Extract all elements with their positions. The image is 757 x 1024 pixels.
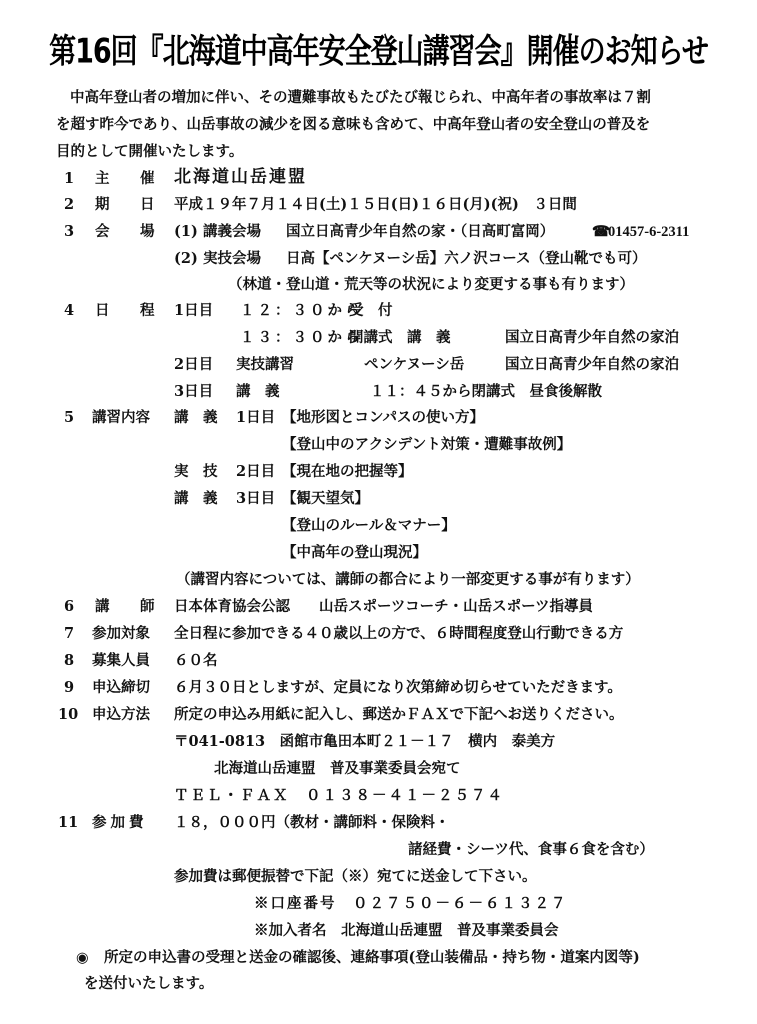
item-number: 1 [64, 170, 74, 188]
method-value: 所定の申込み用紙に記入し、郵送かＦＡＸで下記へお送りください。 [174, 706, 624, 724]
content-topic: 【地形図とコンパスの使い方】 [282, 409, 484, 427]
page-title: 第16回『北海道中高年安全登山講習会』開催のお知らせ [0, 30, 757, 75]
capacity-value: ６０名 [174, 652, 218, 670]
item-number: 8 [64, 652, 74, 670]
schedule-time: 実技講習 [236, 356, 294, 374]
lecture-venue-label: 講義会場 [203, 223, 261, 241]
intro-line-1: 中高年登山者の増加に伴い、その遭難事故もたびたび報じられ、中高年者の事故率は７割 [70, 89, 651, 107]
practical-venue-place: 日高【ペンケヌーシ岳】六ノ沢コース（登山靴でも可） [286, 250, 646, 268]
fee-value-continued: 諸経費・シーツ代、食事６食を含む） [408, 841, 654, 859]
deadline-value: ６月３０日としますが、定員になり次第締め切らせていただきます。 [174, 679, 622, 697]
schedule-time: １３：３０から [240, 329, 363, 347]
content-topic: 【登山中のアクシデント対策・遭難事故例】 [282, 436, 571, 454]
account-holder: ※加入者名 北海道山岳連盟 普及事業委員会 [254, 922, 559, 940]
item-number: 6 [64, 598, 74, 616]
content-type: 講 義 [174, 490, 218, 508]
item-label: 講習内容 [92, 409, 150, 427]
item-label: 参加対象 [92, 625, 150, 643]
schedule-time: １２：３０から [240, 302, 363, 320]
item-label: 講 [95, 598, 110, 616]
item-number: 5 [64, 409, 74, 427]
item-label: 程 [140, 302, 155, 320]
item-label: 期 [95, 196, 110, 214]
venue-index: (2) [174, 250, 198, 268]
item-number: 2 [64, 196, 74, 214]
item-label: 場 [140, 223, 155, 241]
mailing-address: 〒041-0813 函館市亀田本町２１－１７ 横内 泰美方 [174, 733, 555, 751]
payment-instruction: 参加費は郵便振替で下記（※）宛てに送金して下さい。 [174, 868, 537, 886]
item-number: 4 [64, 302, 74, 320]
tel-fax-number: ＴＥＬ・ＦＡＸ ０１３８－４１－２５７４ [174, 787, 504, 805]
schedule-time: 講 義 [236, 383, 280, 401]
item-label: 参加費 [92, 814, 148, 832]
content-topic: 【登山のルール＆マナー】 [282, 517, 456, 535]
instructor-value: 日本体育協会公認 山岳スポーツコーチ・山岳スポーツ指導員 [174, 598, 593, 616]
intro-line-2: を超す昨今であり、山岳事故の減少を図る意味も含めて、中高年登山者の安全登山の普及… [56, 116, 650, 134]
footer-line-1: 所定の申込書の受理と送金の確認後、連絡事項(登山装備品・持ち物・道案内図等) [104, 949, 640, 967]
item-number: 9 [64, 679, 74, 697]
account-number: ※口座番号 ０２７５０－６－６１３２７ [254, 895, 568, 913]
bullet-icon: ◉ [76, 949, 89, 967]
content-note: （講習内容については、講師の都合により一部変更する事が有ります） [176, 571, 640, 589]
venue-index: (1) [174, 223, 198, 241]
item-label: 日 [140, 196, 155, 214]
item-label: 申込方法 [92, 706, 150, 724]
item-label: 主 [95, 170, 110, 188]
item-number: 10 [58, 706, 78, 724]
practical-venue-label: 実技会場 [203, 250, 261, 268]
schedule-day: 3日目 [174, 383, 213, 401]
item-number: 3 [64, 223, 74, 241]
lecture-venue-place: 国立日高青少年自然の家・（日高町富岡） [286, 223, 554, 241]
footer-line-2: を送付いたします。 [84, 975, 213, 993]
schedule-day: 2日目 [174, 356, 213, 374]
schedule-day: 1日目 [174, 302, 213, 320]
item-number: 11 [58, 814, 78, 832]
schedule-activity: 受 付 [349, 302, 393, 320]
intro-line-3: 目的として開催いたします。 [56, 143, 243, 161]
content-day: 3日目 [236, 490, 275, 508]
item-label: 師 [140, 598, 155, 616]
content-topic: 【観天望気】 [282, 490, 369, 508]
fee-value: １８，０００円（教材・講師料・保険料・ [174, 814, 450, 832]
schedule-activity: １１：４５から閉講式 昼食後解散 [370, 383, 602, 401]
schedule-lodging: 国立日高青少年自然の家泊 [505, 329, 679, 347]
item-label: 催 [140, 170, 155, 188]
content-topic: 【中高年の登山現況】 [282, 544, 427, 562]
lecture-venue-phone: 01457-6-2311 [608, 223, 689, 241]
schedule-lodging: 国立日高青少年自然の家泊 [505, 356, 679, 374]
item-label: 申込締切 [92, 679, 150, 697]
item-number: 7 [64, 625, 74, 643]
content-day: 1日目 [236, 409, 275, 427]
event-dates: 平成１９年７月１４日(土)１５日(日)１６日(月)(祝) ３日間 [174, 196, 577, 214]
mailing-recipient: 北海道山岳連盟 普及事業委員会宛て [214, 760, 461, 778]
content-day: 2日目 [236, 463, 275, 481]
content-type: 実 技 [174, 463, 218, 481]
item-label: 日 [95, 302, 110, 320]
item-label: 会 [95, 223, 110, 241]
content-topic: 【現在地の把握等】 [282, 463, 413, 481]
item-label: 募集人員 [92, 652, 150, 670]
schedule-activity: 開講式 講 義 [349, 329, 451, 347]
schedule-activity: ペンケヌーシ岳 [364, 356, 464, 374]
target-value: 全日程に参加できる４０歳以上の方で、６時間程度登山行動できる方 [174, 625, 623, 643]
venue-note: （林道・登山道・荒天等の状況により変更する事も有ります） [228, 276, 634, 294]
host-organization: 北海道山岳連盟 [174, 168, 307, 186]
content-type: 講 義 [174, 409, 218, 427]
